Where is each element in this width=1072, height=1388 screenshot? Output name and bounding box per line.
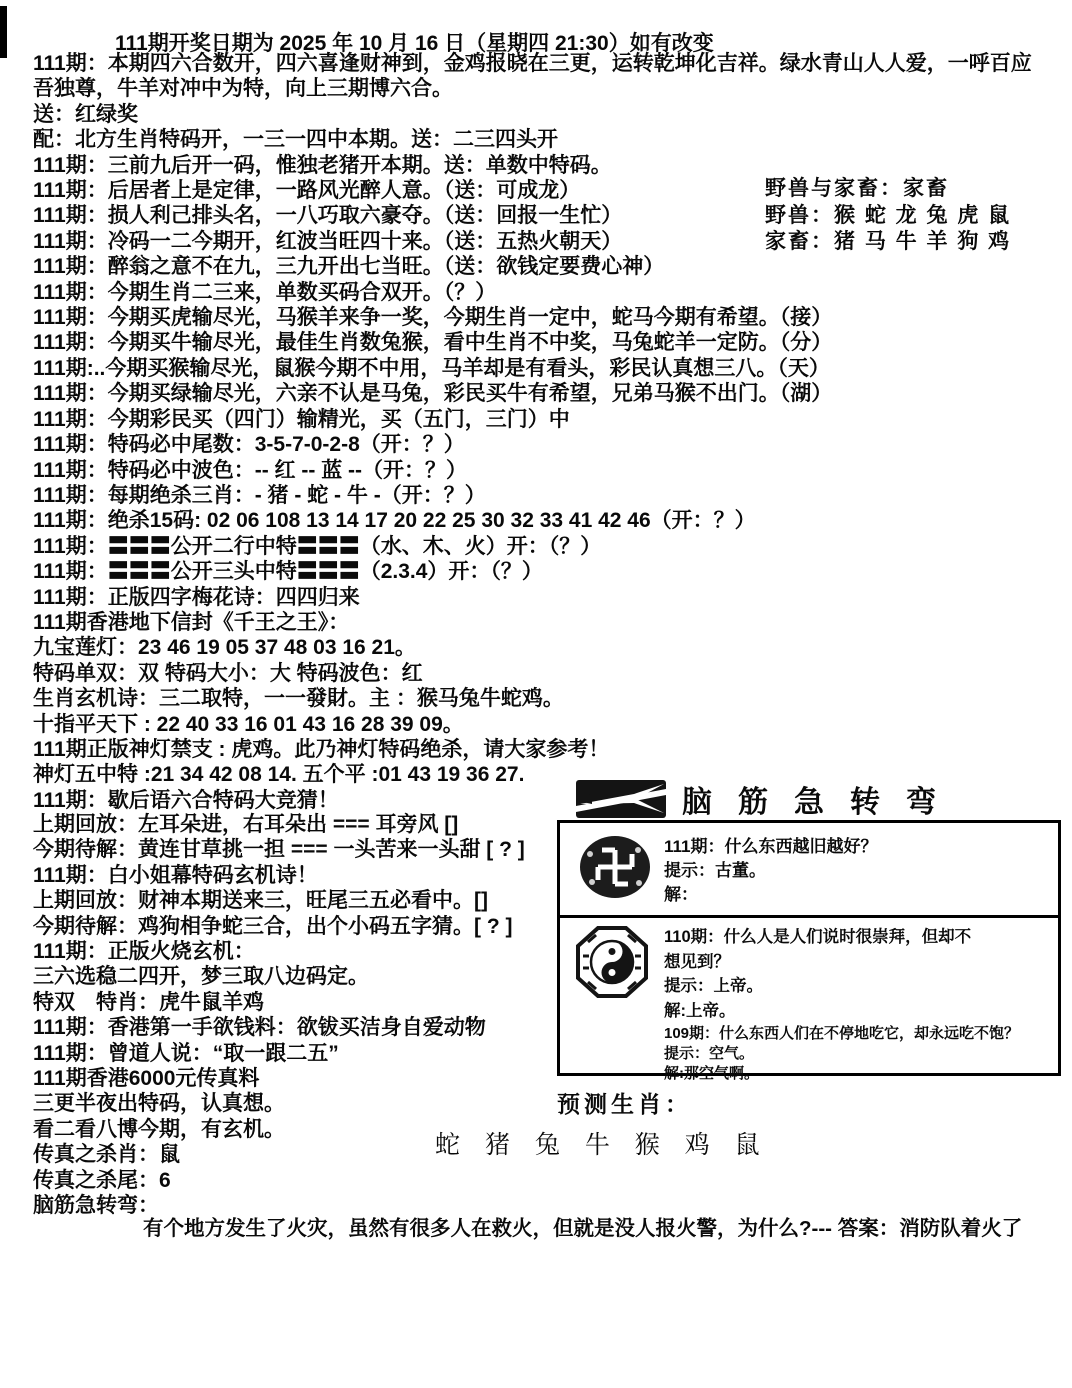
text-line: 野兽与家畜：家畜 [765, 176, 1011, 203]
teaser-110-text: 110期：什么人是人们说时很崇拜，但却不 想见到？ 提示：上帝。 解:上帝。 [664, 925, 971, 1023]
text-line: 111期：香港第一手欲钱料：欲钹买洁身自爱动物 [33, 1015, 553, 1040]
brain-teaser-header: 脑筋急转弯 [576, 779, 962, 819]
text-line: 上期回放：左耳朵进，右耳朵出 === 耳旁风 [] [33, 812, 553, 837]
teaser-question: 111期：什么东西越旧越好？ [664, 835, 878, 859]
text-line: 三更半夜出特码，认真想。 [33, 1091, 553, 1116]
teaser-question: 想见到？ [664, 950, 971, 975]
text-line: 特码单双：双 特码大小：大 特码波色：红 [33, 661, 1068, 686]
prediction-label: 预测生肖： [557, 1086, 692, 1119]
text-line: 111期：今期买绿输尽光，六亲不认是马兔，彩民买牛有希望，兄弟马猴不出门。（湖） [33, 381, 1068, 406]
teaser-hint: 提示：空气。 [664, 1044, 1019, 1064]
text-line: 111期:..今期买猴输尽光，鼠猴今期不中用，马羊却是有看头，彩民认真想三八。（… [33, 356, 1068, 381]
text-line: 生肖玄机诗：三二取特，一一發財。主 ：猴马兔牛蛇鸡。 [33, 686, 1068, 711]
text-line: 111期：白小姐幕特码玄机诗！ [33, 863, 553, 888]
teaser-question: 110期：什么人是人们说时很崇拜，但却不 [664, 925, 971, 950]
text-line: 111期正版神灯禁支 : 虎鸡。此乃神灯特码绝杀，请大家参考！ [33, 737, 1068, 762]
text-line: 家畜：猪 马 牛 羊 狗 鸡 [765, 229, 1011, 256]
text-line: 传真之杀尾：6 [33, 1168, 553, 1193]
text-line: 111期：特码必中尾数：3-5-7-0-2-8（开：？） [33, 432, 1068, 457]
text-line: 九宝莲灯：23 46 19 05 37 48 03 16 21。 [33, 635, 1068, 660]
brain-teaser-item-111: 111期：什么东西越旧越好？ 提示：古董。 解： [560, 823, 1058, 915]
text-line: 111期：每期绝杀三肖：- 猪 - 蛇 - 牛 -（开：？） [33, 483, 1068, 508]
teaser-answer: 解:上帝。 [664, 999, 971, 1024]
teaser-111-text: 111期：什么东西越旧越好？ 提示：古董。 解： [664, 835, 878, 907]
brain-teaser-answer-line: 有个地方发生了火灾，虽然有很多人在救火，但就是没人报火警，为什么?--- 答案：… [143, 1211, 1022, 1241]
dart-logo-icon [576, 780, 666, 818]
teaser-hint: 提示：上帝。 [664, 974, 971, 999]
text-line: 111期：正版火烧玄机： [33, 939, 553, 964]
text-line: 111期：〓〓〓公开三头中特〓〓〓（2.3.4）开：（？） [33, 559, 1068, 584]
text-line: 111期香港地下信封《千王之王》： [33, 610, 1068, 635]
teaser-answer: 解： [664, 883, 878, 907]
print-artifact-mark [0, 6, 7, 58]
teaser-hint: 提示：古董。 [664, 859, 878, 883]
text-line: 111期：〓〓〓公开二行中特〓〓〓（水、木、火）开：（？） [33, 534, 1068, 559]
brain-teaser-title: 脑筋急转弯 [682, 777, 962, 821]
text-line: 111期：特码必中波色：-- 红 -- 蓝 --（开：？） [33, 458, 1068, 483]
text-line: 111期：今期生肖二三来，单数买码合双开。（？） [33, 280, 1068, 305]
text-line: 上期回放：财神本期送来三，旺尾三五必看中。[] [33, 888, 553, 913]
teaser-answer: 解:那空气啊。 [664, 1064, 1019, 1084]
text-line: 111期：绝杀15码: 02 06 108 13 14 17 20 22 25 … [33, 508, 1068, 533]
beast-domestic-block: 野兽与家畜：家畜 野兽：猴 蛇 龙 兔 虎 鼠 家畜：猪 马 牛 羊 狗 鸡 [765, 176, 1011, 256]
text-line: 野兽：猴 蛇 龙 兔 虎 鼠 [765, 203, 1011, 230]
text-line: 特双 特肖：虎牛鼠羊鸡 [33, 990, 553, 1015]
brain-teaser-items-110-109: 110期：什么人是人们说时很崇拜，但却不 想见到？ 提示：上帝。 解:上帝。 1… [560, 918, 1058, 1073]
text-line: 111期：今期买牛输尽光，最佳生肖数兔猴，看中生肖不中奖，马兔蛇羊一定防。（分） [33, 330, 1068, 355]
text-line: 111期：曾道人说：“取一跟二五” [33, 1041, 553, 1066]
teaser-109-text: 109期：什么东西人们在不停地吃它，却永远吃不饱？ 提示：空气。 解:那空气啊。 [664, 1024, 1019, 1084]
text-line: 111期：三前九后开一码，惟独老猪开本期。送：单数中特码。 [33, 153, 1068, 178]
text-line: 111期：本期四六合数开，四六喜逢财神到，金鸡报晓在三更，运转乾坤化吉祥。绿水青… [33, 51, 1068, 76]
teaser-question: 109期：什么东西人们在不停地吃它，却永远吃不饱？ [664, 1024, 1019, 1044]
swastika-stamp-icon [578, 834, 652, 900]
prediction-zodiac-row: 蛇 猪 兔 牛 猴 鸡 鼠 [435, 1125, 762, 1161]
text-line: 111期：正版四字梅花诗：四四归来 [33, 585, 1068, 610]
brain-teaser-box: 111期：什么东西越旧越好？ 提示：古董。 解： 1 [557, 820, 1061, 1076]
lottery-tip-sheet: 111期开奖日期为 2025 年 10 月 16 日（星期四 21:30）如有改… [0, 0, 1072, 1388]
text-line: 111期：今期买虎输尽光，马猴羊来争一奖，今期生肖一定中，蛇马今期有希望。（接） [33, 305, 1068, 330]
text-line: 今期待解：鸡狗相争蛇三合，出个小码五字猜。[ ? ] [33, 914, 553, 939]
main-text-block: 111期：本期四六合数开，四六喜逢财神到，金鸡报晓在三更，运转乾坤化吉祥。绿水青… [33, 51, 1068, 813]
text-line: 三六选稳二四开，梦三取八边码定。 [33, 964, 553, 989]
text-line: 111期：今期彩民买（四门）输精光，买（五门，三门）中 [33, 407, 1068, 432]
text-line: 吾独尊，牛羊对冲中为特，向上三期博六合。 [33, 76, 1068, 101]
text-line: 十指平天下 : 22 40 33 16 01 43 16 28 39 09。 [33, 712, 1068, 737]
text-line: 111期香港6000元传真料 [33, 1066, 553, 1091]
bagua-icon [572, 924, 652, 1000]
text-line: 配：北方生肖特码开，一三一四中本期。送：二三四头开 [33, 127, 1068, 152]
text-line: 今期待解：黄连甘草挑一担 === 一头苦来一头甜 [ ? ] [33, 837, 553, 862]
text-line: 111期：醉翁之意不在九，三九开出七当旺。（送：欲钱定要费心神） [33, 254, 1068, 279]
text-line: 送：红绿奖 [33, 102, 1068, 127]
